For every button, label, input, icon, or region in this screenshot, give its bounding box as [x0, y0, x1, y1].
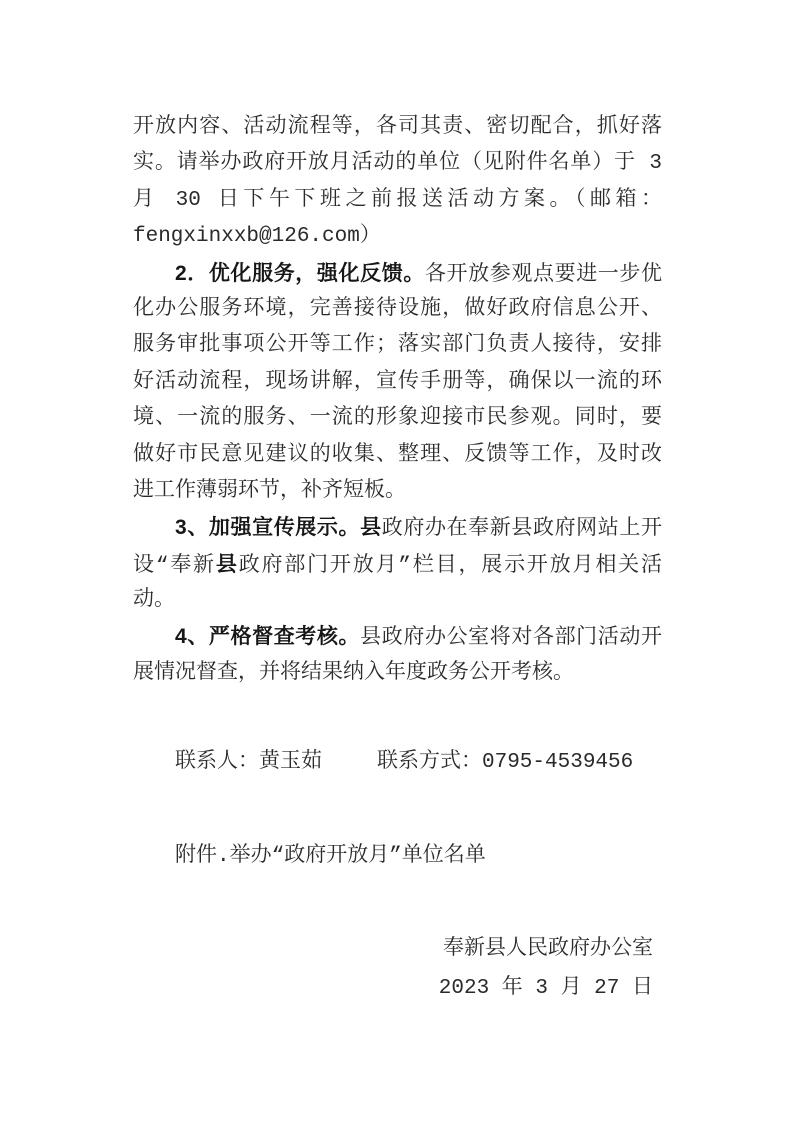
- para1-line3: 月 30 日下午下班之前报送活动方案。（邮箱：: [133, 183, 662, 219]
- document-page: 开放内容、活动流程等，各司其责、密切配合，抓好落实。请举办政府开放月活动的单位（…: [0, 0, 793, 1122]
- para4-line1: 4、严格督查考核。县政府办公室将对各部门活动开: [133, 619, 662, 655]
- para2-line7: 进工作薄弱环节，补齐短板。: [133, 474, 662, 510]
- bold-text-run: 县: [216, 553, 239, 576]
- text-run: fengxinxxb@126.com）: [133, 225, 381, 248]
- para1-line4: fengxinxxb@126.com）: [133, 219, 662, 255]
- text-run: 县政府办公室将对各部门活动开: [360, 627, 662, 650]
- bold-text-run: 4、严格督查考核。: [175, 625, 360, 648]
- text-run: 政府办在奉新县政府网站上开: [382, 518, 662, 541]
- date-line: 2023 年 3 月 27 日: [133, 971, 662, 1007]
- para2-line5: 境、一流的服务、一流的形象迎接市民参观。同时，要: [133, 401, 662, 437]
- text-run: 设“奉新: [133, 555, 216, 578]
- contact-line: 联系人：黄玉茹联系方式：0795-4539456: [133, 745, 662, 781]
- para3-line3: 动。: [133, 583, 662, 619]
- text-run: 好活动流程，现场讲解，宣传手册等，确保以一流的环: [133, 371, 662, 394]
- text-run: 动。: [133, 589, 175, 612]
- para1-line1: 开放内容、活动流程等，各司其责、密切配合，抓好落: [133, 110, 662, 146]
- text-run: 月 30 日下午下班之前报送活动方案。（邮箱：: [133, 189, 662, 212]
- text-run: 各开放参观点要进一步优: [425, 264, 662, 287]
- attachment-line: 附件.举办“政府开放月”单位名单: [133, 839, 662, 875]
- para2-line1: 2．优化服务，强化反馈。各开放参观点要进一步优: [133, 256, 662, 292]
- text-run: 开放内容、活动流程等，各司其责、密切配合，抓好落: [133, 116, 662, 139]
- bold-text-run: 3、加强宣传展示。县: [175, 516, 382, 539]
- document-body: 开放内容、活动流程等，各司其责、密切配合，抓好落实。请举办政府开放月活动的单位（…: [133, 110, 662, 1008]
- signature-line: 奉新县人民政府办公室: [133, 932, 662, 968]
- text-run: 进工作薄弱环节，补齐短板。: [133, 480, 406, 503]
- para2-line6: 做好市民意见建议的收集、整理、反馈等工作，及时改: [133, 438, 662, 474]
- bold-text-run: 2．优化服务，强化反馈。: [175, 262, 425, 285]
- para4-line2: 展情况督查，并将结果纳入年度政务公开考核。: [133, 656, 662, 692]
- text-run: 做好市民意见建议的收集、整理、反馈等工作，及时改: [133, 444, 662, 467]
- text-run: 联系方式：0795-4539456: [377, 751, 633, 774]
- text-run: 奉新县人民政府办公室: [443, 938, 653, 961]
- text-run: 展情况督查，并将结果纳入年度政务公开考核。: [133, 662, 574, 685]
- text-run: 实。请举办政府开放月活动的单位（见附件名单）于 3: [133, 152, 662, 175]
- text-run: 服务审批事项公开等工作；落实部门负责人接待，安排: [133, 334, 662, 357]
- text-run: 化办公服务环境，完善接待设施，做好政府信息公开、: [133, 298, 662, 321]
- para1-line2: 实。请举办政府开放月活动的单位（见附件名单）于 3: [133, 146, 662, 182]
- para3-line2: 设“奉新县政府部门开放月”栏目，展示开放月相关活: [133, 547, 662, 583]
- text-run: 境、一流的服务、一流的形象迎接市民参观。同时，要: [133, 407, 662, 430]
- para3-line1: 3、加强宣传展示。县政府办在奉新县政府网站上开: [133, 510, 662, 546]
- text-run: 联系人：黄玉茹: [175, 751, 322, 774]
- para2-line3: 服务审批事项公开等工作；落实部门负责人接待，安排: [133, 328, 662, 364]
- text-run: 2023 年 3 月 27 日: [439, 977, 653, 1000]
- text-run: 附件.举办“政府开放月”单位名单: [175, 845, 486, 868]
- para2-line4: 好活动流程，现场讲解，宣传手册等，确保以一流的环: [133, 365, 662, 401]
- text-run: 政府部门开放月”栏目，展示开放月相关活: [239, 555, 662, 578]
- para2-line2: 化办公服务环境，完善接待设施，做好政府信息公开、: [133, 292, 662, 328]
